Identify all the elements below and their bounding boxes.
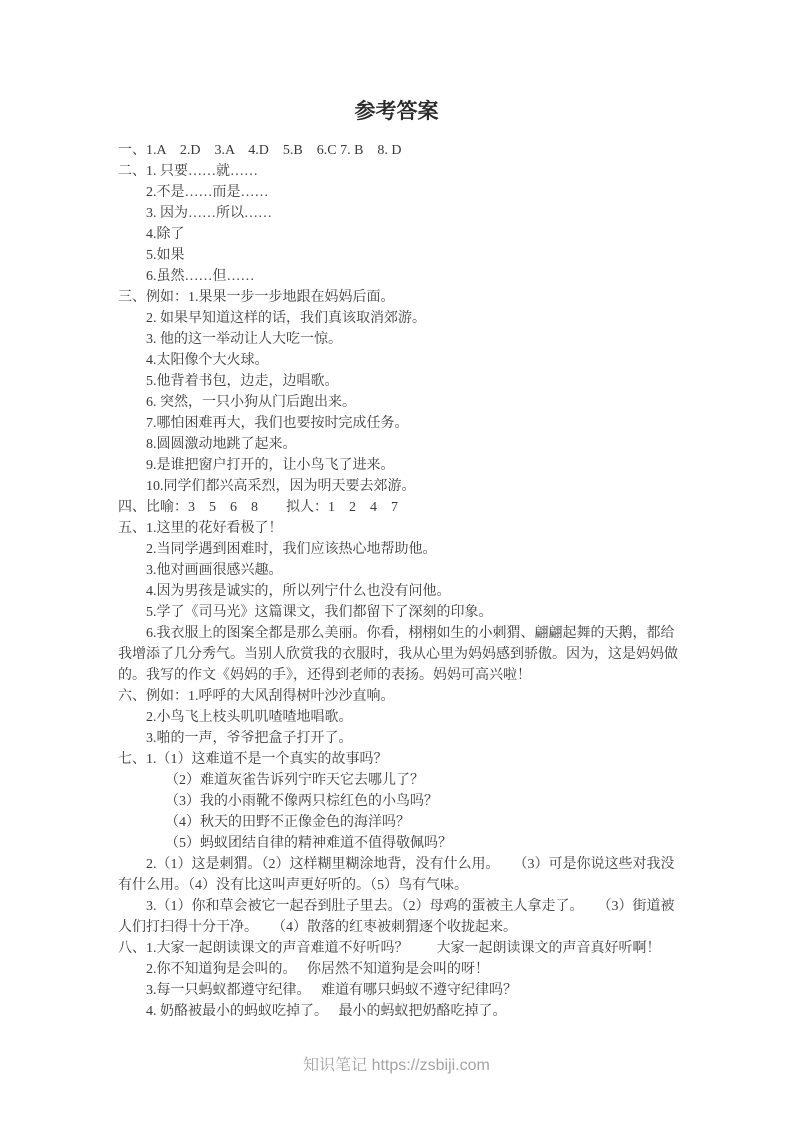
document-line: 六、例如：1.呼呼的大风刮得树叶沙沙直响。 [118, 686, 793, 707]
watermark-footer: 知识笔记 https://zsbiji.com [0, 1052, 793, 1075]
document-line: 9.是谁把窗户打开的，让小鸟飞了进来。 [146, 455, 793, 476]
document-line: 4. 奶酪被最小的蚂蚁吃掉了。 最小的蚂蚁把奶酪吃掉了。 [146, 1001, 793, 1022]
document-line: （2）难道灰雀告诉列宁昨天它去哪儿了？ [165, 770, 793, 791]
document-line: 五、1.这里的花好看极了！ [118, 518, 793, 539]
document-content: 参考答案 一、1.A 2.D 3.A 4.D 5.B 6.C 7. B 8. D… [0, 98, 793, 1022]
document-line: 2.小鸟飞上枝头叽叽喳喳地唱歌。 [146, 707, 793, 728]
document-line: 2.当同学遇到困难时，我们应该热心地帮助他。 [146, 539, 793, 560]
document-line: 3.啪的一声，爷爷把盒子打开了。 [146, 728, 793, 749]
document-line: 5.如果 [146, 245, 793, 266]
document-line: 我增添了几分秀气。当别人欣赏我的衣服时，我从心里为妈妈感到骄傲。因为，这是妈妈做 [118, 644, 793, 665]
document-line: 的。我写的作文《妈妈的手》，还得到老师的表扬。妈妈可高兴啦！ [118, 665, 793, 686]
answer-lines: 一、1.A 2.D 3.A 4.D 5.B 6.C 7. B 8. D二、1. … [0, 140, 793, 1022]
document-line: 2.不是……而是…… [146, 182, 793, 203]
answer-sheet-page: 参考答案 一、1.A 2.D 3.A 4.D 5.B 6.C 7. B 8. D… [0, 0, 793, 1122]
document-line: 四、比喻：3 5 6 8 拟人：1 2 4 7 [118, 497, 793, 518]
document-line: （4）秋天的田野不正像金色的海洋吗？ [165, 812, 793, 833]
document-line: 2.你不知道狗是会叫的。 你居然不知道狗是会叫的呀！ [146, 959, 793, 980]
document-line: 4.太阳像个大火球。 [146, 350, 793, 371]
document-line: 5.学了《司马光》这篇课文，我们都留下了深刻的印象。 [146, 602, 793, 623]
document-line: 八、1.大家一起朗读课文的声音难道不好听吗？ 大家一起朗读课文的声音真好听啊！ [118, 938, 793, 959]
document-line: 6.我衣服上的图案全都是那么美丽。你看，栩栩如生的小刺猬、翩翩起舞的天鹅，都给 [146, 623, 793, 644]
document-line: 人们打扫得十分干净。 （4）散落的红枣被刺猬逐个收拢起来。 [118, 917, 793, 938]
document-line: 2.（1）这是刺猬。（2）这样糊里糊涂地背，没有什么用。 （3）可是你说这些对我… [146, 854, 793, 875]
page-title: 参考答案 [0, 98, 793, 125]
document-line: 三、例如：1.果果一步一步地跟在妈妈后面。 [118, 287, 793, 308]
document-line: 6. 突然，一只小狗从门后跑出来。 [146, 392, 793, 413]
document-line: 2. 如果早知道这样的话，我们真该取消郊游。 [146, 308, 793, 329]
document-line: 3.（1）你和草会被它一起吞到肚子里去。（2）母鸡的蛋被主人拿走了。 （3）街道… [146, 896, 793, 917]
watermark-text: 知识笔记 https://zsbiji.com [303, 1057, 490, 1074]
document-line: 3. 他的这一举动让人大吃一惊。 [146, 329, 793, 350]
document-line: 一、1.A 2.D 3.A 4.D 5.B 6.C 7. B 8. D [118, 140, 793, 161]
document-line: 3.每一只蚂蚁都遵守纪律。 难道有哪只蚂蚁不遵守纪律吗？ [146, 980, 793, 1001]
document-line: 10.同学们都兴高采烈，因为明天要去郊游。 [146, 476, 793, 497]
document-line: 7.哪怕困难再大，我们也要按时完成任务。 [146, 413, 793, 434]
document-line: 6.虽然……但…… [146, 266, 793, 287]
document-line: 3.他对画画很感兴趣。 [146, 560, 793, 581]
document-line: 4.因为男孩是诚实的，所以列宁什么也没有问他。 [146, 581, 793, 602]
document-line: 七、1.（1）这难道不是一个真实的故事吗？ [118, 749, 793, 770]
document-line: 8.圆圆激动地跳了起来。 [146, 434, 793, 455]
document-line: 5.他背着书包，边走，边唱歌。 [146, 371, 793, 392]
document-line: 4.除了 [146, 224, 793, 245]
document-line: （5）蚂蚁团结自律的精神难道不值得敬佩吗？ [165, 833, 793, 854]
document-line: 二、1. 只要……就…… [118, 161, 793, 182]
document-line: （3）我的小雨靴不像两只棕红色的小鸟吗？ [165, 791, 793, 812]
document-line: 3. 因为……所以…… [146, 203, 793, 224]
document-line: 有什么用。（4）没有比这叫声更好听的。（5）鸟有气味。 [118, 875, 793, 896]
